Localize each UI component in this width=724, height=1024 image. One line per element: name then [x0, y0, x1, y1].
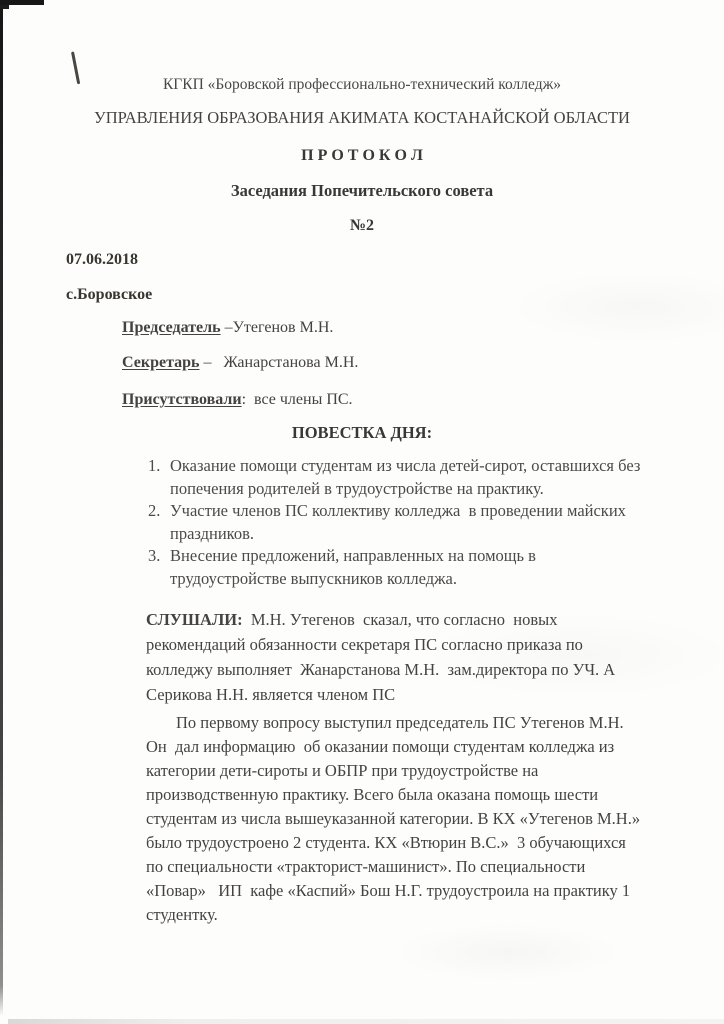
agenda-title: ПОВЕСТКА ДНЯ: [0, 423, 724, 443]
text-line: рекомендаций обязанности секретаря ПС со… [146, 632, 724, 657]
agenda-item-number: 2. [148, 500, 170, 545]
attendees-line: Присутствовали: все члены ПС. [122, 390, 724, 410]
chairman-line: Председатель –Утегенов М.Н. [122, 318, 724, 338]
doc-place: с.Боровское [66, 285, 724, 305]
text-line: производственную практику. Всего была ок… [146, 783, 724, 807]
department-line: УПРАВЛЕНИЯ ОБРАЗОВАНИЯ АКИМАТА КОСТАНАЙС… [0, 108, 724, 128]
agenda-item: 2. Участие членов ПС коллективу колледжа… [148, 500, 724, 545]
agenda-item-text: Участие членов ПС коллективу колледжа в … [170, 500, 626, 545]
doc-type-title: П Р О Т О К О Л [0, 146, 724, 166]
text-line: СЛУШАЛИ: М.Н. Утегенов сказал, что согла… [146, 607, 724, 632]
document-content: КГКП «Боровской профессионально-техничес… [0, 0, 724, 927]
text-line: категории дети-сироты и ОБПР при трудоус… [146, 759, 724, 783]
text-line: трудоустройстве выпускников колледжа. [170, 568, 536, 591]
doc-number: №2 [0, 216, 724, 236]
text-line: попечения родителей в трудоустройстве на… [170, 478, 640, 501]
agenda-item-text: Внесение предложений, направленных на по… [170, 545, 536, 590]
text-line: праздников. [170, 523, 626, 546]
heard-paragraph: СЛУШАЛИ: М.Н. Утегенов сказал, что согла… [146, 607, 724, 707]
secretary-line: Секретарь – Жанарстанова М.Н. [122, 353, 724, 373]
text-line: по специальности «тракторист-машинист». … [146, 855, 724, 879]
attendees-value: : все члены ПС. [242, 391, 353, 408]
first-question-paragraph: По первому вопросу выступил председатель… [146, 711, 724, 927]
doc-date: 07.06.2018 [66, 250, 724, 270]
agenda-item-number: 3. [148, 545, 170, 590]
text-line: Он дал информацию об оказании помощи сту… [146, 735, 724, 759]
text-line: «Повар» ИП кафе «Каспий» Бош Н.Г. трудоу… [146, 879, 724, 903]
chairman-value: –Утегенов М.Н. [221, 319, 334, 336]
attendees-label: Присутствовали [122, 391, 242, 408]
agenda-item: 1. Оказание помощи студентам из числа де… [148, 455, 724, 500]
agenda-item-text: Оказание помощи студентам из числа детей… [170, 455, 640, 500]
scanned-document-page: КГКП «Боровской профессионально-техничес… [0, 0, 724, 1024]
secretary-value: – Жанарстанова М.Н. [199, 354, 358, 371]
doc-subtitle: Заседания Попечительского совета [0, 181, 724, 201]
text-line: колледжу выполняет Жанарстанова М.Н. зам… [146, 657, 724, 682]
scan-bottom-edge [8, 1019, 724, 1024]
org-name-line: КГКП «Боровской профессионально-техничес… [0, 75, 724, 94]
agenda-list: 1. Оказание помощи студентам из числа де… [148, 455, 724, 590]
text-line: Оказание помощи студентам из числа детей… [170, 455, 640, 478]
text-line: было трудоустроено 2 студента. КХ «Втюри… [146, 831, 724, 855]
text-line: По первому вопросу выступил председатель… [146, 711, 724, 735]
text-line: студентам из числа вышеуказанной категор… [146, 807, 724, 831]
text-line: Участие членов ПС коллективу колледжа в … [170, 500, 626, 523]
text-line: студентку. [146, 903, 724, 927]
agenda-item: 3. Внесение предложений, направленных на… [148, 545, 724, 590]
secretary-label: Секретарь [122, 354, 199, 371]
chairman-label: Председатель [122, 319, 221, 336]
agenda-item-number: 1. [148, 455, 170, 500]
heard-label: СЛУШАЛИ: [146, 610, 243, 629]
heard-text: М.Н. Утегенов сказал, что согласно новых [243, 610, 558, 629]
text-line: Серикова Н.Н. является членом ПС [146, 682, 724, 707]
text-line: Внесение предложений, направленных на по… [170, 545, 536, 568]
